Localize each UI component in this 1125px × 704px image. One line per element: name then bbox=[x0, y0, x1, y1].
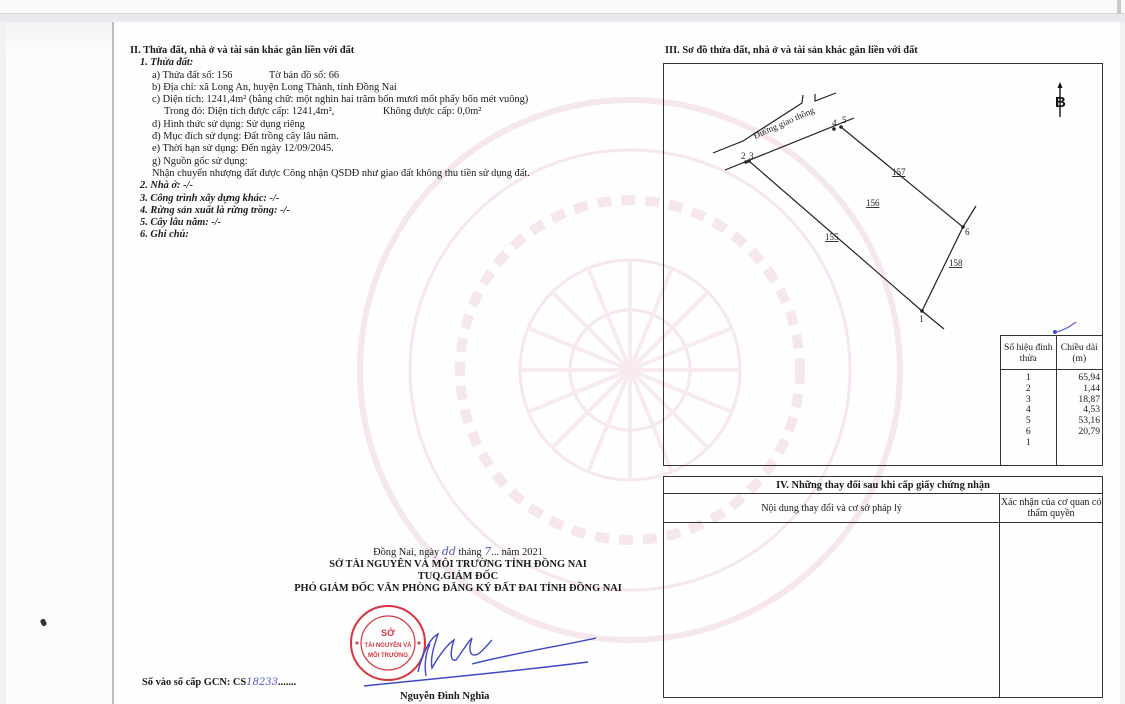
vertex-header: Số hiệu đỉnh thửa bbox=[1001, 336, 1057, 370]
section4-title: IV. Những thay đổi sau khi cấp giấy chứn… bbox=[664, 477, 1103, 494]
issue-date: Đồng Nai, ngày dd tháng 7... năm 2021 bbox=[270, 546, 646, 559]
section3-title: III. Sơ đồ thửa đất, nhà ở và tài sản kh… bbox=[665, 45, 918, 56]
issue-month: 7 bbox=[484, 545, 491, 558]
vertex-6: 6 bbox=[965, 227, 970, 237]
vertex-5: 5 bbox=[842, 115, 847, 125]
signature-block: Đồng Nai, ngày dd tháng 7... năm 2021 SỞ… bbox=[270, 546, 646, 595]
section-land-parcel-info: II. Thửa đất, nhà ở và tài sản khác gắn … bbox=[130, 45, 530, 242]
area-not-granted: Không được cấp: 0,0m² bbox=[383, 106, 482, 117]
notes: 6. Ghi chú: bbox=[130, 229, 530, 241]
window-top-bar bbox=[0, 0, 1125, 14]
neighbor-155: 155 bbox=[825, 232, 839, 242]
planted-forest: 4. Rừng sản xuất là rừng trồng: -/- bbox=[130, 205, 530, 217]
authority-confirm-cell bbox=[1000, 523, 1103, 698]
length-list: 65,941,4418,874,5353,1620,79 bbox=[1056, 370, 1103, 466]
gcn-handwritten-number: 18233 bbox=[246, 677, 278, 688]
gcn-registry-number: Số vào sổ cấp GCN: CS18233....... bbox=[142, 677, 296, 688]
changes-table: IV. Những thay đổi sau khi cấp giấy chứn… bbox=[663, 476, 1103, 698]
length-header: Chiều dài (m) bbox=[1056, 336, 1103, 370]
parcel-number-value: 156 bbox=[217, 70, 233, 81]
edge-length: 20,79 bbox=[1057, 427, 1101, 438]
area-detail: Trong đó: Diện tích được cấp: 1241,4m², … bbox=[130, 106, 530, 118]
issue-day: dd bbox=[442, 545, 456, 558]
signer-name: Nguyễn Đình Nghĩa bbox=[400, 691, 489, 702]
map-sheet-value: 66 bbox=[329, 70, 339, 81]
usage-purpose: đ) Mục đích sử dụng: Đất trồng cây lâu n… bbox=[130, 131, 530, 143]
north-arrow-icon: B bbox=[1053, 82, 1067, 118]
edge-length: 1,44 bbox=[1057, 384, 1101, 395]
road-label: Đường giao thông bbox=[752, 105, 816, 141]
vertex-list: 1234561 bbox=[1001, 370, 1057, 466]
usage-origin-detail: Nhận chuyển nhượng đất được Công nhận QS… bbox=[130, 168, 530, 180]
authority-confirm-header: Xác nhận của cơ quan có thẩm quyền bbox=[1000, 494, 1103, 523]
perennial-trees: 5. Cây lâu năm: -/- bbox=[130, 217, 530, 229]
house: 2. Nhà ở: -/- bbox=[130, 180, 530, 192]
vertex-id: 1 bbox=[1001, 438, 1056, 449]
usage-origin: g) Nguồn gốc sử dụng: bbox=[130, 156, 530, 168]
parcel-number-row: a) Thửa đất số: 156 Tờ bản đồ số: 66 bbox=[130, 70, 530, 82]
page-gap bbox=[0, 14, 1125, 22]
changes-content-header: Nội dung thay đổi và cơ sở pháp lý bbox=[664, 494, 1000, 523]
area-granted: Trong đó: Diện tích được cấp: 1241,4m², bbox=[164, 106, 334, 117]
map-sheet-label: Tờ bản đồ số: bbox=[269, 70, 326, 81]
handwritten-signature bbox=[360, 624, 596, 690]
usage-term: e) Thời hạn sử dụng: Đến ngày 12/09/2045… bbox=[130, 143, 530, 155]
ink-check-mark bbox=[1052, 320, 1080, 336]
parcel-number-label: a) Thửa đất số: bbox=[152, 70, 214, 81]
vertex-id: 2 bbox=[1001, 384, 1056, 395]
usage-form: d) Hình thức sử dụng: Sử dụng riêng bbox=[130, 119, 530, 131]
vertex-4: 4 bbox=[832, 118, 837, 128]
parcel-label: 156 bbox=[866, 198, 880, 208]
changes-content-cell bbox=[664, 523, 1000, 698]
vertex-1: 1 bbox=[919, 314, 924, 324]
other-construction: 3. Công trình xây dựng khác: -/- bbox=[130, 193, 530, 205]
sub1-title: 1. Thửa đất: bbox=[130, 57, 530, 69]
authorized-by: TUQ.GIÁM ĐỐC bbox=[270, 571, 646, 583]
section2-title: II. Thửa đất, nhà ở và tài sản khác gắn … bbox=[130, 45, 530, 57]
page-left-margin bbox=[6, 22, 114, 704]
issuing-org: SỞ TÀI NGUYÊN VÀ MÔI TRƯỜNG TỈNH ĐỒNG NA… bbox=[270, 559, 646, 571]
area: c) Diện tích: 1241,4m² (bằng chữ: một ng… bbox=[130, 94, 530, 106]
address: b) Địa chỉ: xã Long An, huyện Long Thành… bbox=[130, 82, 530, 94]
neighbor-158: 158 bbox=[949, 258, 963, 268]
scroll-indicator bbox=[1117, 0, 1121, 14]
edge-lengths-table: Số hiệu đỉnh thửa Chiều dài (m) 1234561 … bbox=[1000, 335, 1103, 466]
vertex-2: 2 bbox=[741, 151, 746, 161]
signer-position: PHÓ GIÁM ĐỐC VĂN PHÒNG ĐĂNG KÝ ĐẤT ĐAI T… bbox=[270, 583, 646, 595]
svg-text:B: B bbox=[1055, 94, 1066, 111]
neighbor-157: 157 bbox=[892, 167, 906, 177]
vertex-3: 3 bbox=[749, 151, 754, 161]
